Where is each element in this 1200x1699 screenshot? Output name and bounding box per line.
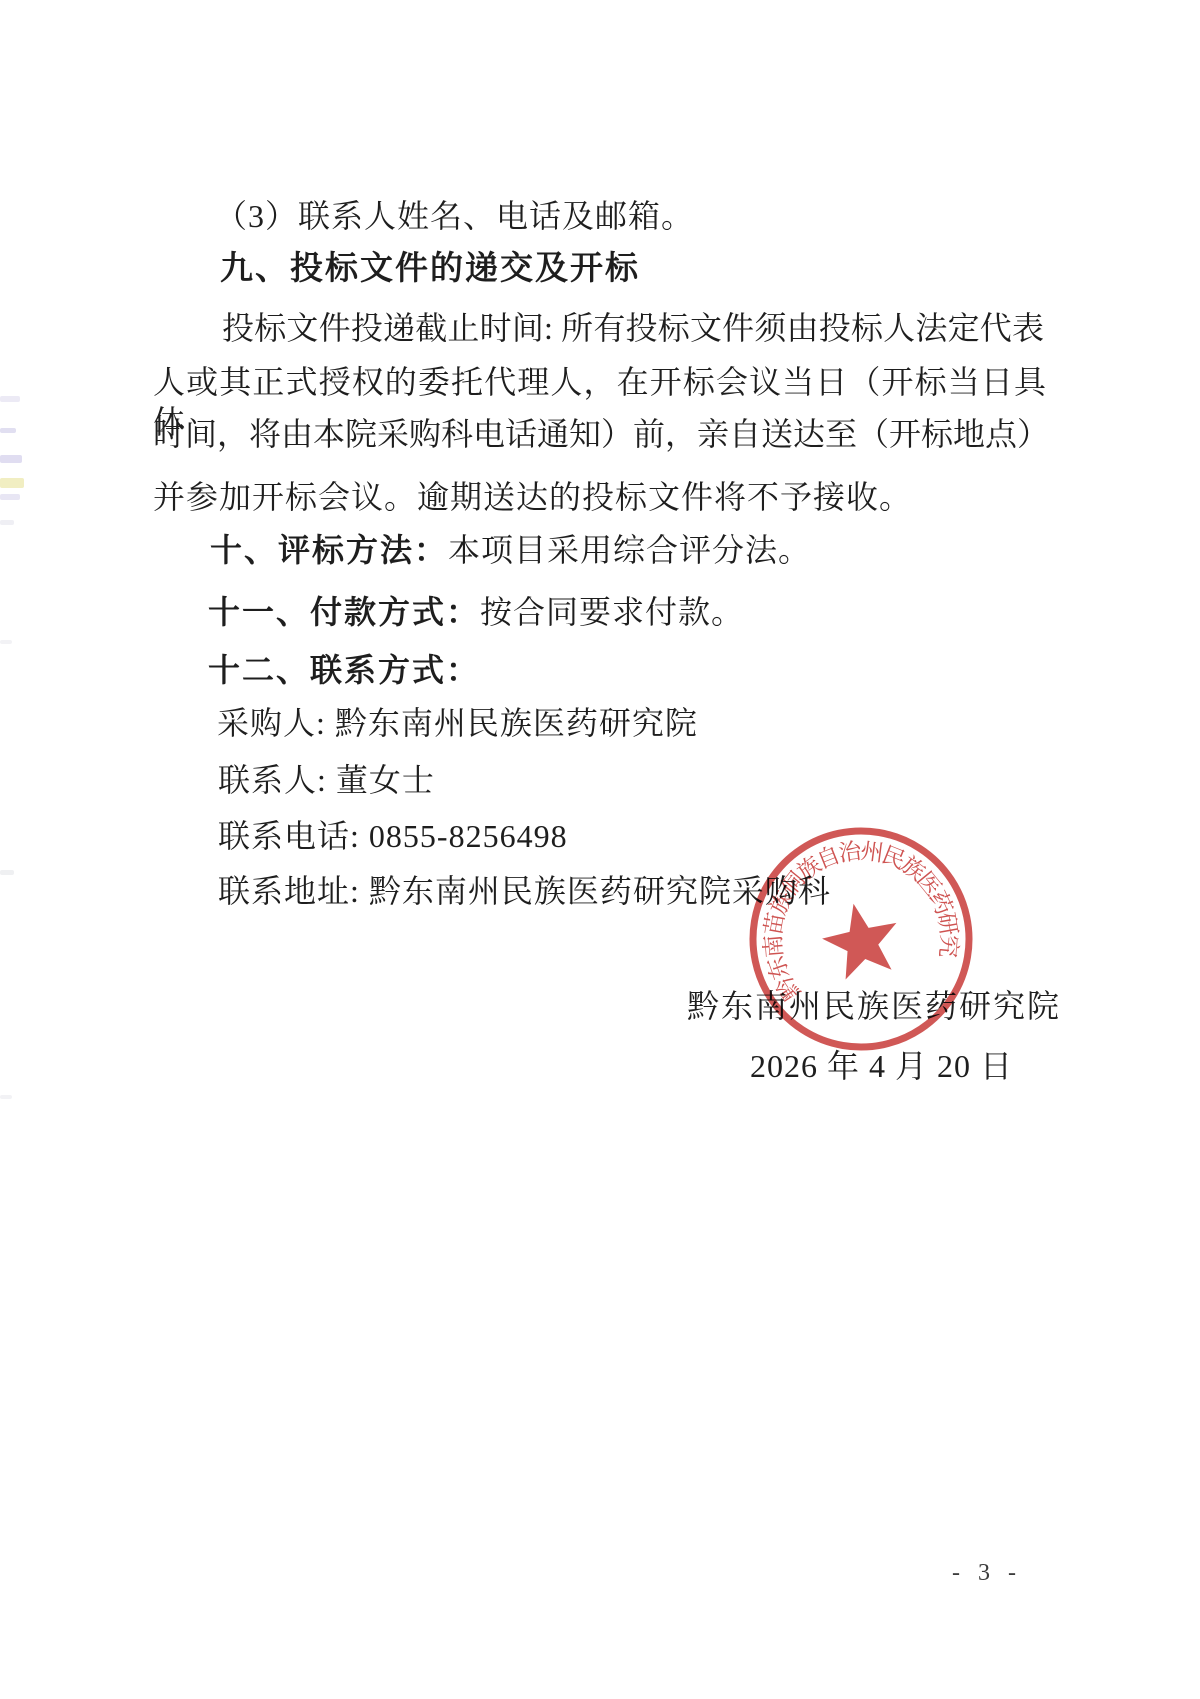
- contact-address-label: 联系地址:: [218, 873, 369, 909]
- signature-date: 2026 年 4 月 20 日: [750, 1046, 1013, 1086]
- paragraph-line-1: 投标文件投递截止时间: 所有投标文件须由投标人法定代表: [222, 308, 1044, 348]
- scan-artifact: [0, 478, 24, 488]
- section-11: 十一、付款方式：按合同要求付款。: [208, 592, 744, 632]
- contact-purchaser: 采购人: 黔东南州民族医药研究院: [217, 703, 698, 743]
- signature-org: 黔东南州民族医药研究院: [687, 986, 1061, 1026]
- contact-phone: 联系电话: 0855-8256498: [218, 816, 568, 856]
- section-9-heading: 九、投标文件的递交及开标: [220, 248, 640, 288]
- contact-phone-label: 联系电话:: [218, 818, 369, 854]
- contact-purchaser-label: 采购人:: [217, 705, 335, 741]
- section-12: 十二、联系方式：: [208, 650, 480, 690]
- document-page: （3）联系人姓名、电话及邮箱。 九、投标文件的递交及开标 投标文件投递截止时间:…: [0, 0, 1200, 1699]
- section-10: 十、评标方法：本项目采用综合评分法。: [210, 530, 811, 570]
- scan-artifact: [0, 1095, 12, 1099]
- scan-artifact: [0, 428, 16, 433]
- scan-artifact: [0, 640, 12, 644]
- contact-phone-value: 0855-8256498: [369, 818, 568, 854]
- page-number: - 3 -: [952, 1560, 1022, 1587]
- scan-artifact: [0, 396, 20, 402]
- scan-artifact: [0, 870, 14, 875]
- seal-ring-text: 黔东南苗族侗族自治州民族医药研究院: [746, 824, 970, 1013]
- list-item-3: （3）联系人姓名、电话及邮箱。: [215, 196, 694, 236]
- scan-artifact: [0, 455, 22, 463]
- contact-person: 联系人: 董女士: [218, 760, 435, 800]
- section-11-label: 十一、付款方式：: [208, 594, 480, 630]
- paragraph-line-3: 时间，将由本院采购科电话通知）前，亲自送达至（开标地点）: [153, 414, 1046, 454]
- contact-person-value: 董女士: [336, 762, 435, 798]
- section-10-label: 十、评标方法：: [210, 532, 448, 568]
- paragraph-line-4: 并参加开标会议。逾期送达的投标文件将不予接收。: [153, 477, 912, 517]
- svg-text:黔东南苗族侗族自治州民族医药研究院: 黔东南苗族侗族自治州民族医药研究院: [746, 824, 970, 1013]
- scan-artifact: [0, 520, 14, 525]
- section-11-text: 按合同要求付款。: [480, 594, 744, 630]
- scan-artifact: [0, 494, 20, 500]
- contact-purchaser-value: 黔东南州民族医药研究院: [335, 705, 698, 741]
- section-12-label: 十二、联系方式：: [208, 652, 480, 688]
- contact-person-label: 联系人:: [218, 762, 336, 798]
- contact-address: 联系地址: 黔东南州民族医药研究院采购科: [218, 871, 831, 911]
- contact-address-value: 黔东南州民族医药研究院采购科: [369, 873, 831, 909]
- section-10-text: 本项目采用综合评分法。: [448, 532, 811, 568]
